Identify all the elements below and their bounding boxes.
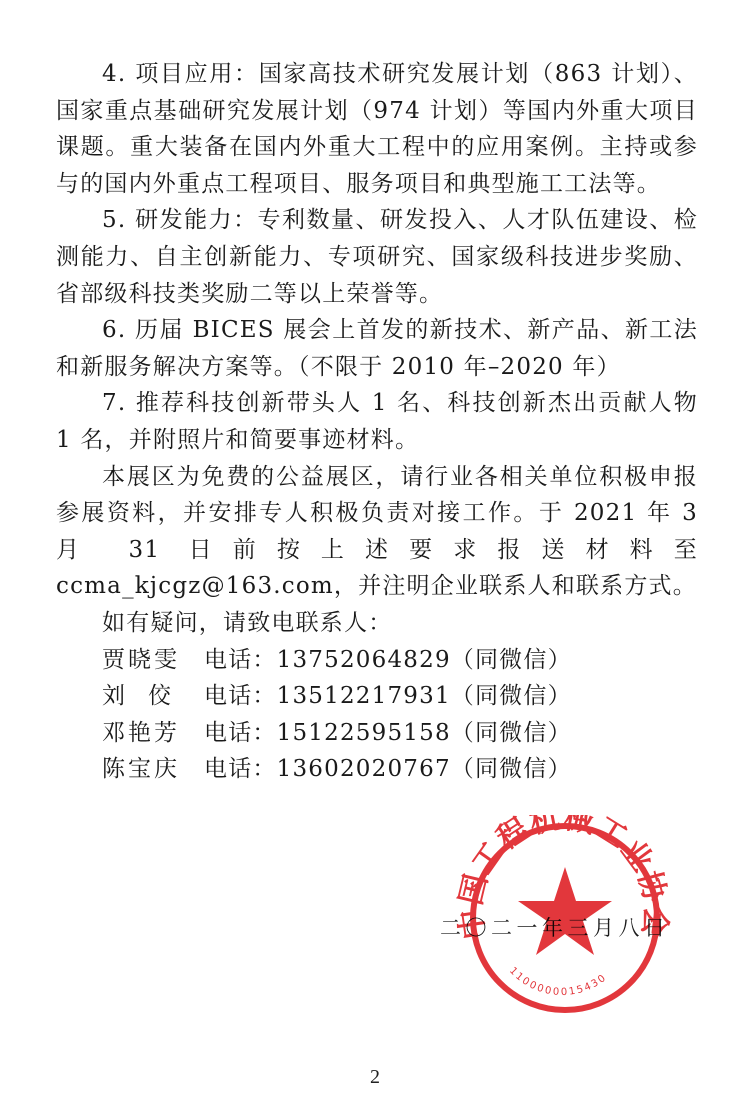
paragraph-notice: 本展区为免费的公益展区，请行业各相关单位积极申报参展资料，并安排专人积极负责对接… <box>56 459 698 605</box>
contact-row: 刘 佼 电话： 13512217931 （同微信） <box>56 678 698 715</box>
wechat-note: （同微信） <box>451 642 572 679</box>
contact-intro: 如有疑问，请致电联系人： <box>56 605 698 642</box>
contact-row: 陈宝庆 电话： 13602020767 （同微信） <box>56 751 698 788</box>
seal-code-text: 1100000015430 <box>507 965 609 998</box>
contact-name: 陈宝庆 <box>102 751 198 788</box>
paragraph-item-7: 7. 推荐科技创新带头人 1 名、科技创新杰出贡献人物 1 名，并附照片和简要事… <box>56 385 698 458</box>
contact-name: 邓艳芳 <box>102 715 198 752</box>
phone-number: 13512217931 <box>277 678 451 715</box>
official-seal-stamp: 中国工程机械工业协会 1100000015430 <box>448 815 678 1015</box>
phone-number: 13602020767 <box>277 751 451 788</box>
document-page: 4. 项目应用：国家高技术研究发展计划（863 计划）、国家重点基础研究发展计划… <box>0 0 750 1104</box>
contact-row: 邓艳芳 电话： 15122595158 （同微信） <box>56 715 698 752</box>
phone-number: 15122595158 <box>277 715 451 752</box>
page-number: 2 <box>0 1066 750 1089</box>
phone-label: 电话： <box>204 642 277 679</box>
phone-label: 电话： <box>204 715 277 752</box>
contact-name: 贾晓雯 <box>102 642 198 679</box>
wechat-note: （同微信） <box>451 751 572 788</box>
seal-star-icon <box>518 867 612 955</box>
document-body: 4. 项目应用：国家高技术研究发展计划（863 计划）、国家重点基础研究发展计划… <box>56 56 698 788</box>
wechat-note: （同微信） <box>451 678 572 715</box>
phone-number: 13752064829 <box>277 642 451 679</box>
phone-label: 电话： <box>204 751 277 788</box>
paragraph-item-6: 6. 历届 BICES 展会上首发的新技术、新产品、新工法和新服务解决方案等。（… <box>56 312 698 385</box>
wechat-note: （同微信） <box>451 715 572 752</box>
paragraph-item-5: 5. 研发能力：专利数量、研发投入、人才队伍建设、检测能力、自主创新能力、专项研… <box>56 202 698 312</box>
paragraph-item-4: 4. 项目应用：国家高技术研究发展计划（863 计划）、国家重点基础研究发展计划… <box>56 56 698 202</box>
contact-list: 贾晓雯 电话： 13752064829 （同微信） 刘 佼 电话： 135122… <box>56 642 698 788</box>
phone-label: 电话： <box>204 678 277 715</box>
contact-name: 刘 佼 <box>102 678 198 715</box>
contact-row: 贾晓雯 电话： 13752064829 （同微信） <box>56 642 698 679</box>
